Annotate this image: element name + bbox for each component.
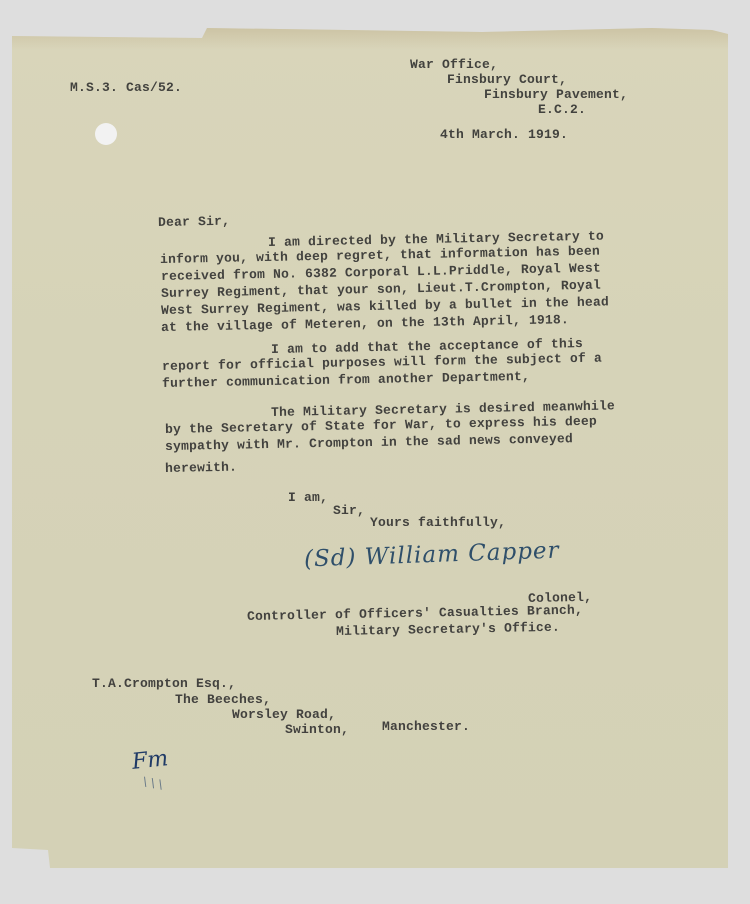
punch-hole (95, 123, 117, 145)
recipient-address-line-2: Worsley Road, (232, 707, 336, 722)
handwritten-initials: Fm (131, 746, 170, 775)
recipient-name: T.A.Crompton Esq., (92, 676, 236, 691)
recipient-address-line-1: The Beeches, (175, 692, 271, 707)
sender-address-line-3: Finsbury Pavement, (484, 87, 628, 102)
paper-aged-edge (12, 28, 728, 50)
sender-address-line-2: Finsbury Court, (447, 72, 567, 87)
recipient-town: Swinton, (285, 722, 349, 737)
letter-date: 4th March. 1919. (440, 127, 568, 142)
closing-yours-faithfully: Yours faithfully, (370, 515, 506, 530)
sender-address-line-1: War Office, (410, 57, 498, 72)
recipient-city: Manchester. (382, 719, 470, 734)
closing-i-am: I am, (288, 490, 328, 505)
salutation: Dear Sir, (158, 214, 230, 230)
paragraph-3-line-4: herewith. (165, 460, 237, 476)
closing-sir: Sir, (333, 503, 365, 518)
sender-address-line-4: E.C.2. (538, 102, 586, 117)
reference-number: M.S.3. Cas/52. (70, 80, 182, 95)
